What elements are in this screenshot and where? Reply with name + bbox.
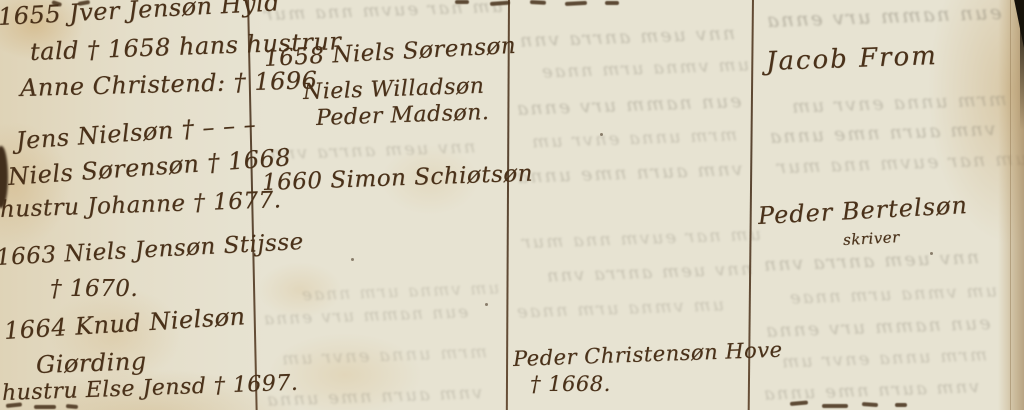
bleed-through-text: eun namm urv enna [262,302,469,329]
bleed-through-text: nnv uem anrra vnn [762,246,980,276]
cutoff-ink-stroke [455,0,469,4]
manuscript-line: 1655 Jver Jensøn Hyld [0,0,281,31]
cutoff-ink-stroke [822,404,848,408]
manuscript-line: Jacob From [765,41,938,77]
bleed-through-text: vnm aurn nme unna [768,118,996,148]
column-divider-line [506,0,510,410]
bleed-through-text: vnm aurn nme unna [762,376,980,405]
manuscript-line: Anne Christend: † 1696 [20,66,318,102]
ink-speck [930,252,933,255]
bleed-through-text: eun namm urv enna [515,90,742,120]
ink-speck [485,303,488,306]
page-edge-crease [1010,0,1011,410]
bleed-through-text: mrm unna envr um [530,124,738,152]
ink-speck [600,133,603,136]
bleed-through-text: mrm unna envr um [280,341,488,369]
bleed-through-text: um nar euvm nna mur [775,148,1024,179]
bleed-through-text: eun namm urv enna [765,0,1002,32]
cutoff-ink-stroke [530,0,546,5]
bleed-through-text: nnv uem anrra vnn [545,258,753,286]
cutoff-ink-stroke [34,405,56,409]
cutoff-ink-stroke [862,402,878,407]
manuscript-line: Peder Bertelsøn [757,191,968,230]
bleed-through-text: nnv uem anrra vnn [268,136,476,164]
cutoff-ink-stroke [66,404,78,409]
cutoff-ink-stroke [6,402,22,408]
bleed-through-text: nnv uem anrra vnn [518,22,736,52]
cutoff-ink-stroke [895,403,907,407]
manuscript-line: hustru Johanne † 1677. [0,187,282,223]
bleed-through-text: um vmna urm nnae [515,294,725,322]
bleed-through-text: um vmna urm nnae [300,279,500,306]
manuscript-line: † 1668. [530,372,611,396]
cutoff-ink-stroke [565,1,587,6]
manuscript-line: skriver [843,228,901,249]
bleed-through-text: um vmna urm nnae [540,54,750,82]
manuscript-line: Peder Madsøn. [316,100,490,131]
bleed-through-text: mrm unna envr um [790,88,1007,118]
ink-speck [351,258,354,261]
bleed-through-text: um vmna urm nnae [788,280,998,308]
manuscript-line: 1664 Knud Nielsøn [3,302,246,345]
bleed-through-text: vnm aurn nme unna [515,158,743,188]
page-edge-shadow [1020,0,1024,130]
bleed-through-text: eun namm urv enna [764,312,991,342]
manuscript-line: Peder Christensøn Hove [513,338,783,371]
cutoff-ink-stroke [605,1,619,5]
manuscript-line: 1663 Niels Jensøn Stijsse [0,229,304,271]
cutoff-ink-stroke [790,400,808,406]
bleed-through-text: mrm unna envr um [780,344,988,372]
manuscript-line: † 1670. [50,276,138,302]
manuscript-line: 1660 Simon Schiøtsøn [262,161,534,196]
manuscript-line: Giørding [36,347,148,379]
bleed-through-text: um nar euvm nna mur [520,224,762,253]
parish-register-page: um nar euvm nna mur nnv uem anrra vnn um… [0,0,1024,410]
